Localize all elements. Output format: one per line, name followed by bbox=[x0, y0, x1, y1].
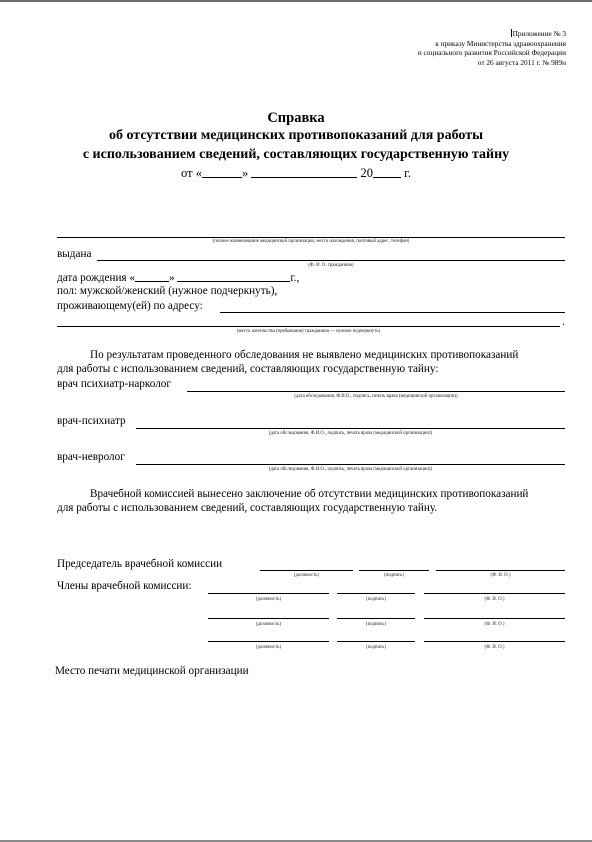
member-2-signature-field[interactable] bbox=[337, 618, 415, 619]
address-label: проживающему(ей) по адресу: bbox=[57, 300, 203, 312]
birth-suffix: г., bbox=[290, 272, 299, 284]
birth-mid: » bbox=[169, 272, 175, 284]
appendix-line-1: Приложение № 3 bbox=[513, 29, 566, 38]
member-3-fio-caption: (Ф. И. О.) bbox=[424, 645, 565, 650]
top-border bbox=[0, 0, 592, 2]
date-suffix: г. bbox=[404, 166, 411, 180]
results-line-1: По результатам проведенного обследования… bbox=[90, 349, 518, 361]
member-1-signature-field[interactable] bbox=[337, 593, 415, 594]
member-2-position-field[interactable] bbox=[208, 618, 329, 619]
member-3-signature-field[interactable] bbox=[337, 641, 415, 642]
chair-signature-caption: (подпись) bbox=[359, 573, 429, 578]
appendix-line-4: от 26 августа 2011 г. № 989н bbox=[418, 58, 566, 68]
commission-line-2: для работы с использованием сведений, со… bbox=[57, 502, 437, 514]
address-field-2[interactable] bbox=[57, 326, 560, 327]
doctor-field-neurologist[interactable] bbox=[136, 464, 565, 465]
date-year-prefix: 20 bbox=[360, 166, 373, 180]
commission-line-1: Врачебной комиссией вынесено заключение … bbox=[90, 488, 528, 500]
doctor-field-narcologist[interactable] bbox=[187, 391, 565, 392]
members-label: Члены врачебной комиссии: bbox=[57, 580, 192, 592]
member-2-signature-caption: (подпись) bbox=[337, 622, 415, 627]
doctor-caption-neurologist: (дата обследования, Ф.И.О., подпись, печ… bbox=[136, 467, 565, 472]
stamp-place-label: Место печати медицинской организации bbox=[55, 665, 249, 677]
member-2-fio-field[interactable] bbox=[424, 618, 565, 619]
text-cursor bbox=[511, 29, 512, 37]
member-3-signature-caption: (подпись) bbox=[337, 645, 415, 650]
address-caption: (место жительства (пребывания) гражданин… bbox=[57, 329, 560, 334]
doctor-label-narcologist: врач психиатр-нарколог bbox=[57, 378, 171, 390]
member-1-position-field[interactable] bbox=[208, 593, 329, 594]
fio-caption: (Ф. И. О. гражданина) bbox=[97, 263, 565, 268]
appendix-line-2: к приказу Министерства здравоохранения bbox=[418, 39, 566, 49]
date-month-field[interactable] bbox=[251, 167, 357, 178]
chair-label: Председатель врачебной комиссии bbox=[57, 558, 222, 570]
member-2-fio-caption: (Ф. И. О.) bbox=[424, 622, 565, 627]
birth-label: дата рождения « bbox=[57, 272, 135, 284]
document-subtitle-1: об отсутствии медицинских противопоказан… bbox=[0, 128, 592, 144]
chair-fio-field[interactable] bbox=[436, 570, 565, 571]
chair-position-field[interactable] bbox=[260, 570, 353, 571]
member-1-position-caption: (должность) bbox=[208, 597, 329, 602]
document-date-line: от «» 20 г. bbox=[0, 166, 592, 181]
sex-line: пол: мужской/женский (нужное подчеркнуть… bbox=[57, 285, 277, 297]
member-1-fio-field[interactable] bbox=[424, 593, 565, 594]
date-day-field[interactable] bbox=[202, 167, 242, 178]
address-end: . bbox=[562, 316, 565, 328]
chair-fio-caption: (Ф. И. О.) bbox=[436, 573, 565, 578]
chair-signature-field[interactable] bbox=[359, 570, 429, 571]
address-field-1[interactable] bbox=[220, 312, 565, 313]
member-1-signature-caption: (подпись) bbox=[337, 597, 415, 602]
appendix-line-3: и социального развития Российской Федера… bbox=[418, 48, 566, 58]
member-3-position-caption: (должность) bbox=[208, 645, 329, 650]
birth-date-line: дата рождения «» г., bbox=[57, 271, 299, 284]
chair-position-caption: (должность) bbox=[260, 573, 353, 578]
document-title: Справка bbox=[0, 110, 592, 127]
member-3-fio-field[interactable] bbox=[424, 641, 565, 642]
doctor-label-neurologist: врач-невролог bbox=[57, 451, 125, 463]
results-line-2: для работы с использованием сведений, со… bbox=[57, 363, 438, 375]
doctor-field-psychiatrist[interactable] bbox=[136, 428, 565, 429]
date-prefix: от « bbox=[181, 166, 202, 180]
member-2-position-caption: (должность) bbox=[208, 622, 329, 627]
organization-caption: (полное наименование медицинской организ… bbox=[57, 239, 565, 244]
doctor-caption-psychiatrist: (дата обследования, Ф.И.О., подпись, печ… bbox=[136, 431, 565, 436]
issued-label: выдана bbox=[57, 248, 91, 260]
birth-month-year-field[interactable] bbox=[177, 271, 290, 282]
appendix-block: Приложение № 3 к приказу Министерства зд… bbox=[418, 29, 566, 67]
organization-field[interactable] bbox=[57, 237, 565, 238]
document-subtitle-2: с использованием сведений, составляющих … bbox=[0, 147, 592, 163]
date-mid: » bbox=[242, 166, 248, 180]
member-3-position-field[interactable] bbox=[208, 641, 329, 642]
issued-fio-field[interactable] bbox=[97, 260, 565, 261]
birth-day-field[interactable] bbox=[135, 271, 169, 282]
date-year-field[interactable] bbox=[373, 167, 401, 178]
member-1-fio-caption: (Ф. И. О.) bbox=[424, 597, 565, 602]
doctor-caption-narcologist: (дата обследования, Ф.И.О., подпись, печ… bbox=[187, 394, 565, 399]
doctor-label-psychiatrist: врач-психиатр bbox=[57, 415, 126, 427]
